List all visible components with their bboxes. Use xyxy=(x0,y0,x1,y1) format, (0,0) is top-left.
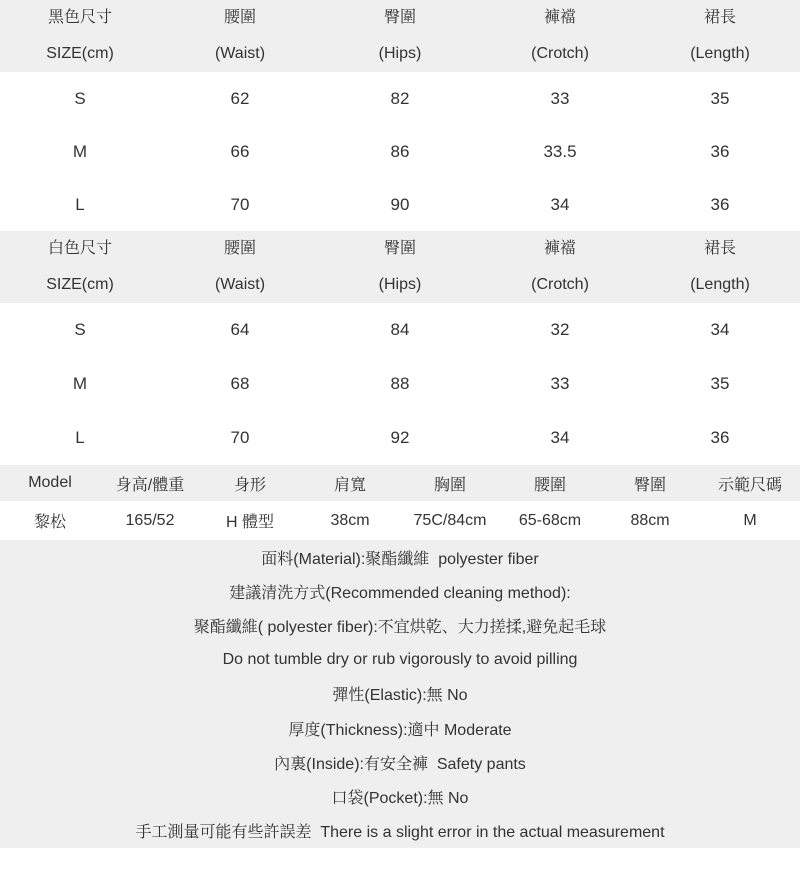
model-shoulder-cell: 38cm xyxy=(300,512,400,530)
model-demo-size-cell: M xyxy=(700,512,800,530)
white-size-table: 白色尺寸 SIZE(cm) 腰圍 (Waist) 臀圍 (Hips) 褲襠 (C… xyxy=(0,231,800,465)
hips-cell: 84 xyxy=(320,320,480,340)
info-material: 面料(Material):聚酯纖維 polyester fiber xyxy=(0,540,800,574)
waist-cell: 70 xyxy=(160,428,320,448)
size-cell: M xyxy=(0,374,160,394)
size-cell: L xyxy=(0,195,160,215)
crotch-cell: 33 xyxy=(480,89,640,109)
hips-cell: 92 xyxy=(320,428,480,448)
model-header-hips: 臀圍 xyxy=(600,472,700,495)
header-cell-crotch: 褲襠 (Crotch) xyxy=(480,231,640,303)
header-cell-hips: 臀圍 (Hips) xyxy=(320,0,480,72)
length-cell: 36 xyxy=(640,142,800,162)
hips-label-en: (Hips) xyxy=(320,267,480,303)
size-cell: L xyxy=(0,428,160,448)
model-header-height-weight: 身高/體重 xyxy=(100,472,200,495)
model-header-bust: 胸圍 xyxy=(400,472,500,495)
waist-label-en: (Waist) xyxy=(160,267,320,303)
header-cell-waist: 腰圍 (Waist) xyxy=(160,231,320,303)
size-cell: S xyxy=(0,89,160,109)
length-cell: 35 xyxy=(640,374,800,394)
white-size-unit-label: SIZE(cm) xyxy=(0,267,160,303)
length-cell: 34 xyxy=(640,320,800,340)
length-cell: 36 xyxy=(640,428,800,448)
white-color-label: 白色尺寸 xyxy=(0,231,160,267)
model-data-row: 黎松 165/52 H 體型 38cm 75C/84cm 65-68cm 88c… xyxy=(0,501,800,540)
waist-label-en: (Waist) xyxy=(160,36,320,72)
model-header-model: Model xyxy=(0,474,100,492)
header-cell-hips: 臀圍 (Hips) xyxy=(320,231,480,303)
size-chart-page: 黑色尺寸 SIZE(cm) 腰圍 (Waist) 臀圍 (Hips) 褲襠 (C… xyxy=(0,0,800,884)
waist-cell: 64 xyxy=(160,320,320,340)
header-cell-black-size: 黑色尺寸 SIZE(cm) xyxy=(0,0,160,72)
model-header-demo-size: 示範尺碼 xyxy=(700,472,800,495)
length-label-zh: 裙長 xyxy=(640,0,800,36)
header-cell-white-size: 白色尺寸 SIZE(cm) xyxy=(0,231,160,303)
header-cell-length: 裙長 (Length) xyxy=(640,231,800,303)
length-label-en: (Length) xyxy=(640,267,800,303)
crotch-cell: 33 xyxy=(480,374,640,394)
crotch-cell: 32 xyxy=(480,320,640,340)
product-info: 面料(Material):聚酯纖維 polyester fiber 建議清洗方式… xyxy=(0,540,800,848)
hips-cell: 82 xyxy=(320,89,480,109)
hips-cell: 90 xyxy=(320,195,480,215)
length-cell: 35 xyxy=(640,89,800,109)
info-cleaning-method-title: 建議清洗方式(Recommended cleaning method): xyxy=(0,574,800,608)
info-pocket: 口袋(Pocket):無 No xyxy=(0,779,800,813)
info-elastic: 彈性(Elastic):無 No xyxy=(0,677,800,711)
model-waist-cell: 65-68cm xyxy=(500,512,600,530)
crotch-label-zh: 褲襠 xyxy=(480,0,640,36)
info-measurement-note: 手工測量可能有些許誤差 There is a slight error in t… xyxy=(0,814,800,848)
waist-cell: 70 xyxy=(160,195,320,215)
waist-cell: 68 xyxy=(160,374,320,394)
white-size-table-header: 白色尺寸 SIZE(cm) 腰圍 (Waist) 臀圍 (Hips) 褲襠 (C… xyxy=(0,231,800,303)
table-row: L 70 90 34 36 xyxy=(0,178,800,231)
model-body-shape-cell: H 體型 xyxy=(200,509,300,532)
length-cell: 36 xyxy=(640,195,800,215)
table-row: M 68 88 33 35 xyxy=(0,357,800,411)
crotch-label-en: (Crotch) xyxy=(480,36,640,72)
info-inside: 內裏(Inside):有安全褲 Safety pants xyxy=(0,745,800,779)
crotch-label-zh: 褲襠 xyxy=(480,231,640,267)
model-header-shoulder: 肩寬 xyxy=(300,472,400,495)
size-cell: S xyxy=(0,320,160,340)
model-header-waist: 腰圍 xyxy=(500,472,600,495)
info-thickness: 厚度(Thickness):適中 Moderate xyxy=(0,711,800,745)
length-label-en: (Length) xyxy=(640,36,800,72)
black-size-table-header: 黑色尺寸 SIZE(cm) 腰圍 (Waist) 臀圍 (Hips) 褲襠 (C… xyxy=(0,0,800,72)
waist-cell: 66 xyxy=(160,142,320,162)
table-row: S 64 84 32 34 xyxy=(0,303,800,357)
hips-label-zh: 臀圍 xyxy=(320,231,480,267)
info-cleaning-method-en: Do not tumble dry or rub vigorously to a… xyxy=(0,643,800,677)
model-hips-cell: 88cm xyxy=(600,512,700,530)
model-name-cell: 黎松 xyxy=(0,509,100,532)
waist-label-zh: 腰圍 xyxy=(160,231,320,267)
model-height-weight-cell: 165/52 xyxy=(100,512,200,530)
table-row: M 66 86 33.5 36 xyxy=(0,125,800,178)
length-label-zh: 裙長 xyxy=(640,231,800,267)
waist-cell: 62 xyxy=(160,89,320,109)
header-cell-waist: 腰圍 (Waist) xyxy=(160,0,320,72)
hips-cell: 88 xyxy=(320,374,480,394)
crotch-label-en: (Crotch) xyxy=(480,267,640,303)
model-header-body-shape: 身形 xyxy=(200,472,300,495)
model-bust-cell: 75C/84cm xyxy=(400,512,500,530)
header-cell-crotch: 褲襠 (Crotch) xyxy=(480,0,640,72)
header-cell-length: 裙長 (Length) xyxy=(640,0,800,72)
crotch-cell: 34 xyxy=(480,195,640,215)
waist-label-zh: 腰圍 xyxy=(160,0,320,36)
bottom-spacer xyxy=(0,848,800,884)
black-size-unit-label: SIZE(cm) xyxy=(0,36,160,72)
crotch-cell: 34 xyxy=(480,428,640,448)
size-cell: M xyxy=(0,142,160,162)
hips-label-zh: 臀圍 xyxy=(320,0,480,36)
black-color-label: 黑色尺寸 xyxy=(0,0,160,36)
model-table: Model 身高/體重 身形 肩寬 胸圍 腰圍 臀圍 示範尺碼 黎松 165/5… xyxy=(0,465,800,540)
info-cleaning-method-zh: 聚酯纖維( polyester fiber):不宜烘乾、大力搓揉,避免起毛球 xyxy=(0,608,800,642)
hips-label-en: (Hips) xyxy=(320,36,480,72)
crotch-cell: 33.5 xyxy=(480,142,640,162)
black-size-table: 黑色尺寸 SIZE(cm) 腰圍 (Waist) 臀圍 (Hips) 褲襠 (C… xyxy=(0,0,800,231)
model-table-header: Model 身高/體重 身形 肩寬 胸圍 腰圍 臀圍 示範尺碼 xyxy=(0,465,800,501)
table-row: S 62 82 33 35 xyxy=(0,72,800,125)
table-row: L 70 92 34 36 xyxy=(0,411,800,465)
hips-cell: 86 xyxy=(320,142,480,162)
